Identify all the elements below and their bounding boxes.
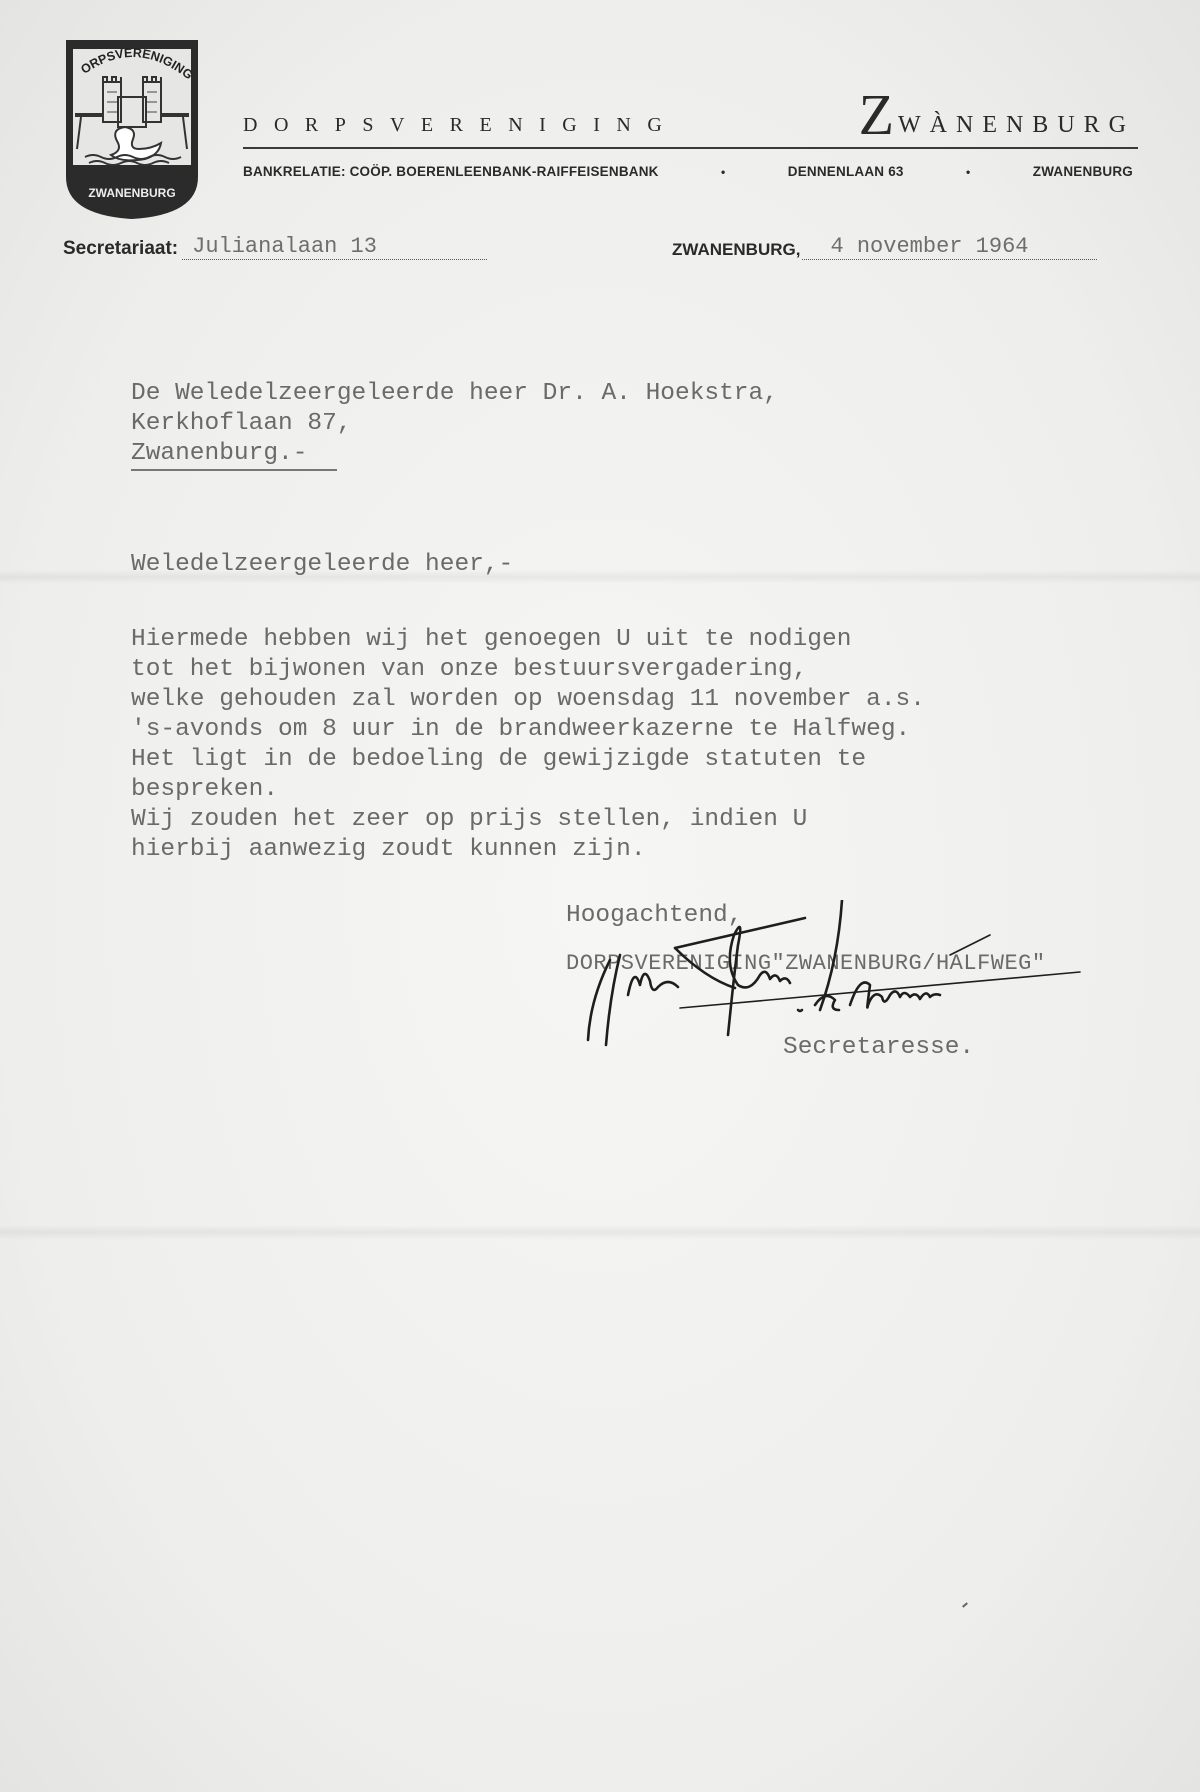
body-line: hierbij aanwezig zoudt kunnen zijn. — [131, 835, 925, 865]
body-line: Het ligt in de bedoeling de gewijzigde s… — [131, 745, 925, 775]
body-line: bespreken. — [131, 775, 925, 805]
date-line: ZWANENBURG, 4 november 1964 — [672, 236, 1097, 260]
body-line: tot het bijwonen van onze bestuursvergad… — [131, 655, 925, 685]
svg-text:ZWANENBURG: ZWANENBURG — [88, 186, 175, 200]
salutation: Weledelzeergeleerde heer,- — [131, 550, 513, 580]
date-label: ZWANENBURG, — [672, 240, 800, 260]
secretariat-line: Secretariaat: Julianalaan 13 — [63, 236, 487, 260]
paper-mark — [962, 1602, 968, 1607]
org-name: Z WÀNENBURG — [859, 92, 1135, 138]
castle-swan-crest-icon: DORPSVERENIGING ZWANENBURG — [63, 37, 201, 221]
letter-page: DORPSVERENIGING ZWANENBURG DORPSVERENIGI… — [0, 0, 1200, 1792]
date-value: 4 november 1964 — [802, 236, 1097, 260]
closing-role: Secretaresse. — [783, 1033, 974, 1063]
letterhead-city: ZWANENBURG — [1033, 164, 1133, 179]
body-line: Hiermede hebben wij het genoegen U uit t… — [131, 625, 925, 655]
recipient-line: Zwanenburg.- — [131, 439, 337, 471]
secretariat-value: Julianalaan 13 — [182, 236, 487, 260]
organization-title: DORPSVERENIGING Z WÀNENBURG — [243, 92, 1135, 138]
closing-organization: DORPSVERENIGING"ZWANENBURG/HALFWEG" — [566, 949, 1046, 979]
closing-greeting: Hoogachtend, — [566, 901, 742, 931]
recipient-line: Kerkhoflaan 87, — [131, 409, 778, 439]
bank-relation: BANKRELATIE: COÖP. BOERENLEENBANK-RAIFFE… — [243, 164, 659, 179]
body-line: welke gehouden zal worden op woensdag 11… — [131, 685, 925, 715]
org-name-rest: WÀNENBURG — [898, 113, 1135, 138]
separator-dot: • — [966, 165, 970, 179]
recipient-address: De Weledelzeergeleerde heer Dr. A. Hoeks… — [131, 379, 778, 471]
recipient-line: De Weledelzeergeleerde heer Dr. A. Hoeks… — [131, 379, 778, 409]
letterhead-address: DENNENLAAN 63 — [788, 164, 904, 179]
separator-dot: • — [721, 165, 725, 179]
letter-body: Hiermede hebben wij het genoegen U uit t… — [131, 625, 925, 865]
letterhead-info: BANKRELATIE: COÖP. BOERENLEENBANK-RAIFFE… — [243, 164, 1133, 179]
org-prefix: DORPSVERENIGING — [243, 115, 678, 138]
crest-logo: DORPSVERENIGING ZWANENBURG — [63, 37, 201, 221]
body-line: 's-avonds om 8 uur in de brandweerkazern… — [131, 715, 925, 745]
org-name-initial: Z — [859, 92, 894, 138]
secretariat-label: Secretariaat: — [63, 238, 178, 260]
header-rule — [243, 147, 1138, 149]
body-line: Wij zouden het zeer op prijs stellen, in… — [131, 805, 925, 835]
